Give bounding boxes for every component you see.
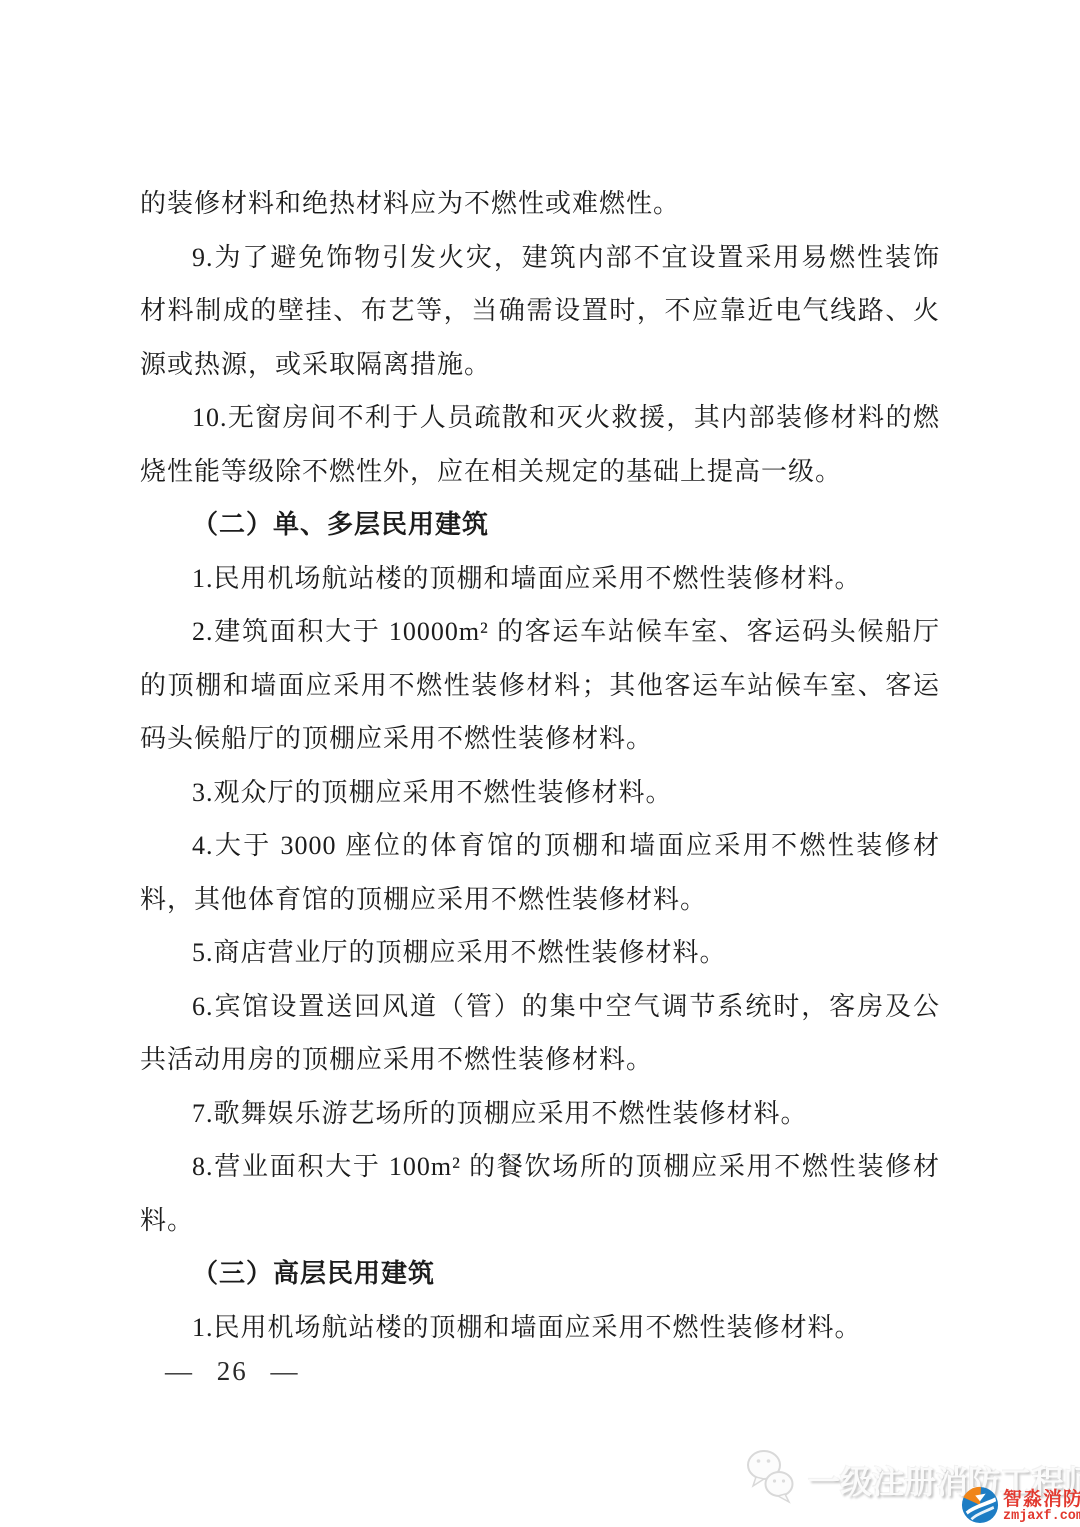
page-number: — 26 — xyxy=(165,1356,300,1387)
brand-site: zmjaxf.com xyxy=(1003,1510,1080,1524)
paragraph-item-6: 6.宾馆设置送回风道（管）的集中空气调节系统时，客房及公共活动用房的顶棚应采用不… xyxy=(140,980,940,1087)
paragraph-item-1-highrise: 1.民用机场航站楼的顶棚和墙面应采用不燃性装修材料。 xyxy=(140,1301,940,1355)
paragraph-item-7: 7.歌舞娱乐游艺场所的顶棚应采用不燃性装修材料。 xyxy=(140,1087,940,1141)
brand-name: 智淼消防 xyxy=(1003,1490,1080,1510)
paragraph-item-10: 10.无窗房间不利于人员疏散和灭火救援，其内部装修材料的燃烧性能等级除不燃性外，… xyxy=(140,391,940,498)
paragraph-item-5: 5.商店营业厅的顶棚应采用不燃性装修材料。 xyxy=(140,926,940,980)
document-page: 的装修材料和绝热材料应为不燃性或难燃性。 9.为了避免饰物引发火灾，建筑内部不宜… xyxy=(0,0,1080,1527)
document-body: 的装修材料和绝热材料应为不燃性或难燃性。 9.为了避免饰物引发火灾，建筑内部不宜… xyxy=(140,177,940,1354)
paragraph-item-2: 2.建筑面积大于 10000m² 的客运车站候车室、客运码头候船厅的顶棚和墙面应… xyxy=(140,605,940,766)
paragraph-item-9: 9.为了避免饰物引发火灾，建筑内部不宜设置采用易燃性装饰材料制成的壁挂、布艺等，… xyxy=(140,231,940,392)
paragraph-item-3: 3.观众厅的顶棚应采用不燃性装修材料。 xyxy=(140,766,940,820)
paragraph-item-1: 1.民用机场航站楼的顶棚和墙面应采用不燃性装修材料。 xyxy=(140,552,940,606)
section-heading-3: （三）高层民用建筑 xyxy=(140,1247,940,1301)
wechat-icon xyxy=(744,1446,798,1513)
brand-logo: 智淼消防 zmjaxf.com xyxy=(961,1486,1080,1527)
section-heading-2: （二）单、多层民用建筑 xyxy=(140,498,940,552)
zhimiao-logo-icon xyxy=(961,1486,999,1527)
paragraph-continuation: 的装修材料和绝热材料应为不燃性或难燃性。 xyxy=(140,177,940,231)
paragraph-item-4: 4.大于 3000 座位的体育馆的顶棚和墙面应采用不燃性装修材料，其他体育馆的顶… xyxy=(140,819,940,926)
paragraph-item-8: 8.营业面积大于 100m² 的餐饮场所的顶棚应采用不燃性装修材料。 xyxy=(140,1140,940,1247)
